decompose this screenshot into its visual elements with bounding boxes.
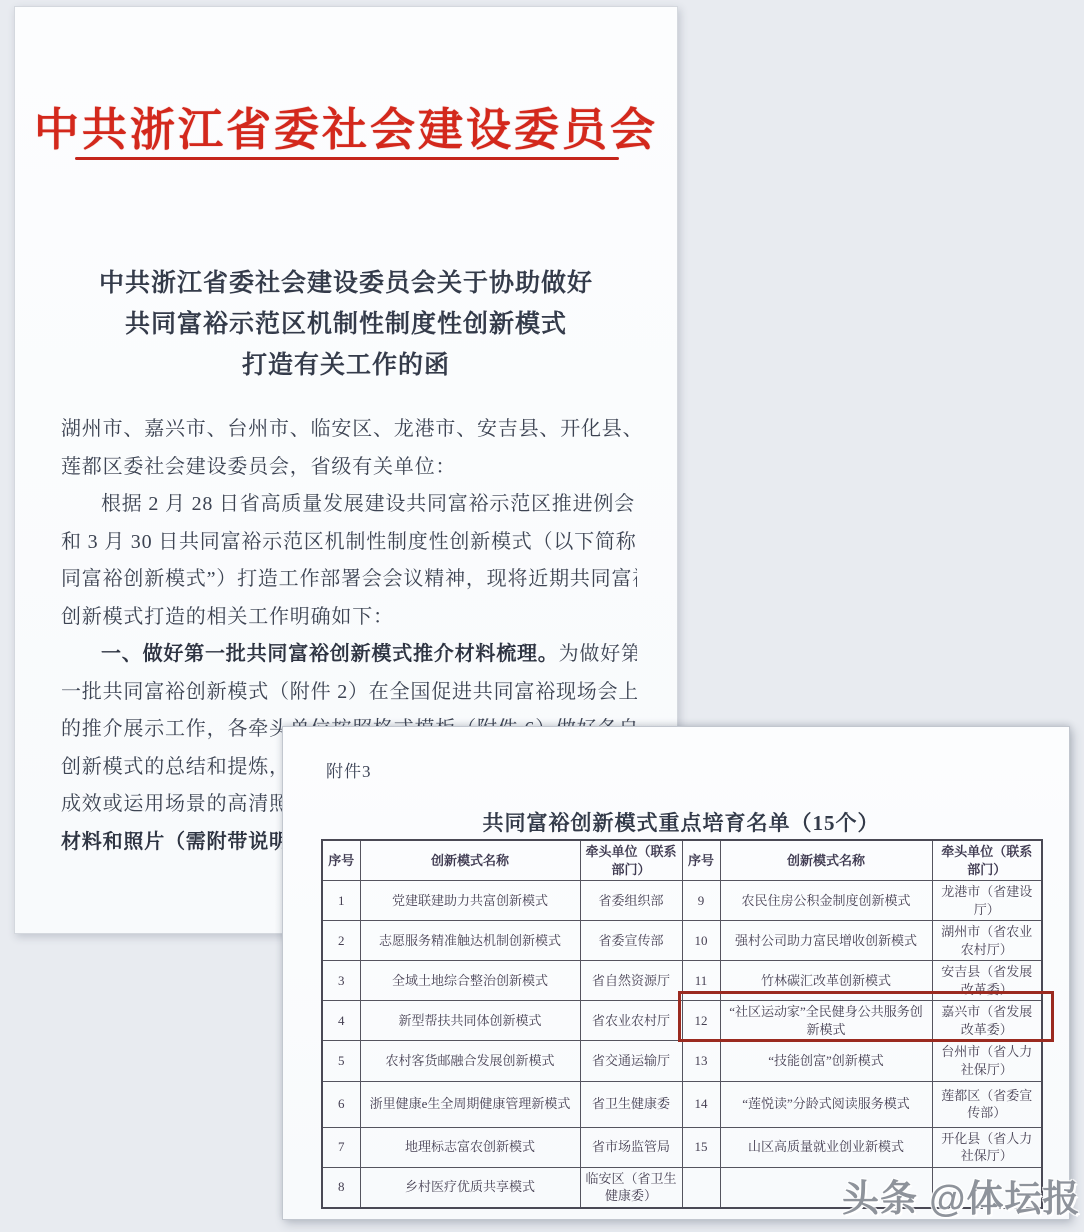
cultivation-roster-table: 序号创新模式名称牵头单位（联系部门）序号创新模式名称牵头单位（联系部门） 1党建… (321, 839, 1043, 1209)
model-name-right: 农民住房公积金制度创新模式 (720, 881, 932, 921)
row-number-right: 15 (682, 1127, 720, 1167)
row-number-right (682, 1167, 720, 1208)
row-number-left: 6 (322, 1081, 360, 1127)
lead-unit-left: 省自然资源厅 (580, 961, 682, 1001)
model-name-right: 竹林碳汇改革创新模式 (720, 961, 932, 1001)
lead-unit-left: 省市场监管局 (580, 1127, 682, 1167)
model-name-left: 农村客货邮融合发展创新模式 (360, 1041, 580, 1081)
model-name-left: 乡村医疗优质共享模式 (360, 1167, 580, 1208)
model-name-right: “技能创富”创新模式 (720, 1041, 932, 1081)
table-row-2: 2志愿服务精准触达机制创新模式省委宣传部10强村公司助力富民增收创新模式湖州市（… (322, 921, 1042, 961)
model-name-left: 地理标志富农创新模式 (360, 1127, 580, 1167)
body-line-4: 和 3 月 30 日共同富裕示范区机制性制度性创新模式（以下简称“共 (61, 524, 637, 562)
table-title: 共同富裕创新模式重点培育名单（15个） (321, 807, 1041, 837)
letterhead-title: 中共浙江省委社会建设委员会 (15, 93, 677, 158)
body-line-1: 湖州市、嘉兴市、台州市、临安区、龙港市、安吉县、开化县、 (61, 411, 637, 449)
body-line-bold-segment: 一、做好第一批共同富裕创新模式推介材料梳理。 (101, 643, 559, 665)
lead-unit-right: 台州市（省人力社保厅） (932, 1041, 1042, 1081)
document-title: 中共浙江省委社会建设委员会关于协助做好 共同富裕示范区机制性制度性创新模式 打造… (15, 263, 677, 386)
lead-unit-right: 莲都区（省委宣传部） (932, 1081, 1042, 1127)
body-line-2: 莲都区委社会建设委员会，省级有关单位： (61, 449, 637, 487)
watermark: 头条 @体坛报 (842, 1168, 1080, 1222)
table-row-1: 1党建联建助力共富创新模式省委组织部9农民住房公积金制度创新模式龙港市（省建设厅… (322, 881, 1042, 921)
table-row-6: 6浙里健康e生全周期健康管理新模式省卫生健康委14“莲悦读”分龄式阅读服务模式莲… (322, 1081, 1042, 1127)
lead-unit-right: 安吉县（省发展改革委） (932, 961, 1042, 1001)
model-name-left: 党建联建助力共富创新模式 (360, 881, 580, 921)
attachment-label: 附件3 (326, 757, 372, 782)
column-header-6: 牵头单位（联系部门） (932, 840, 1042, 881)
row-number-left: 5 (322, 1041, 360, 1081)
body-line-6: 创新模式打造的相关工作明确如下： (61, 599, 637, 637)
model-name-right: 山区高质量就业创业新模式 (720, 1127, 932, 1167)
letterhead-rule (75, 157, 619, 160)
lead-unit-right: 龙港市（省建设厅） (932, 881, 1042, 921)
lead-unit-right: 嘉兴市（省发展改革委） (932, 1001, 1042, 1041)
model-name-left: 浙里健康e生全周期健康管理新模式 (360, 1081, 580, 1127)
column-header-3: 牵头单位（联系部门） (580, 840, 682, 881)
model-name-right: “社区运动家”全民健身公共服务创新模式 (720, 1001, 932, 1041)
screenshot-root: { "colors": { "header_red": "#d3281c", "… (0, 0, 1084, 1232)
model-name-left: 志愿服务精准触达机制创新模式 (360, 921, 580, 961)
body-line-bold-segment: 材料和照片（需附带说明 (61, 831, 290, 853)
body-line-5: 同富裕创新模式”）打造工作部署会会议精神，现将近期共同富裕 (61, 561, 637, 599)
row-number-left: 2 (322, 921, 360, 961)
row-number-right: 9 (682, 881, 720, 921)
column-header-2: 创新模式名称 (360, 840, 580, 881)
column-header-4: 序号 (682, 840, 720, 881)
lead-unit-left: 省委宣传部 (580, 921, 682, 961)
row-number-left: 7 (322, 1127, 360, 1167)
table-row-7: 7地理标志富农创新模式省市场监管局15山区高质量就业创业新模式开化县（省人力社保… (322, 1127, 1042, 1167)
document-title-line-1: 中共浙江省委社会建设委员会关于协助做好 (15, 263, 677, 304)
lead-unit-left: 省委组织部 (580, 881, 682, 921)
body-line-3: 根据 2 月 28 日省高质量发展建设共同富裕示范区推进例会 (61, 486, 637, 524)
row-number-right: 13 (682, 1041, 720, 1081)
column-header-5: 创新模式名称 (720, 840, 932, 881)
table-header-row: 序号创新模式名称牵头单位（联系部门）序号创新模式名称牵头单位（联系部门） (322, 840, 1042, 881)
body-line-8: 一批共同富裕创新模式（附件 2）在全国促进共同富裕现场会上 (61, 674, 637, 712)
model-name-right: 强村公司助力富民增收创新模式 (720, 921, 932, 961)
table-row-4: 4新型帮扶共同体创新模式省农业农村厅12“社区运动家”全民健身公共服务创新模式嘉… (322, 1001, 1042, 1041)
document-title-line-3: 打造有关工作的函 (15, 345, 677, 386)
row-number-left: 4 (322, 1001, 360, 1041)
document-title-line-2: 共同富裕示范区机制性制度性创新模式 (15, 304, 677, 345)
row-number-right: 11 (682, 961, 720, 1001)
row-number-left: 1 (322, 881, 360, 921)
lead-unit-left: 临安区（省卫生健康委） (580, 1167, 682, 1208)
model-name-left: 全域土地综合整治创新模式 (360, 961, 580, 1001)
row-number-right: 12 (682, 1001, 720, 1041)
row-number-right: 14 (682, 1081, 720, 1127)
model-name-left: 新型帮扶共同体创新模式 (360, 1001, 580, 1041)
lead-unit-left: 省卫生健康委 (580, 1081, 682, 1127)
row-number-right: 10 (682, 921, 720, 961)
document-page-attachment: 附件3 共同富裕创新模式重点培育名单（15个） 序号创新模式名称牵头单位（联系部… (282, 726, 1070, 1220)
table-row-5: 5农村客货邮融合发展创新模式省交通运输厅13“技能创富”创新模式台州市（省人力社… (322, 1041, 1042, 1081)
lead-unit-left: 省交通运输厅 (580, 1041, 682, 1081)
model-name-right: “莲悦读”分龄式阅读服务模式 (720, 1081, 932, 1127)
table-row-3: 3全域土地综合整治创新模式省自然资源厅11竹林碳汇改革创新模式安吉县（省发展改革… (322, 961, 1042, 1001)
row-number-left: 8 (322, 1167, 360, 1208)
row-number-left: 3 (322, 961, 360, 1001)
body-line-7: 一、做好第一批共同富裕创新模式推介材料梳理。为做好第 (61, 636, 637, 674)
lead-unit-right: 开化县（省人力社保厅） (932, 1127, 1042, 1167)
column-header-1: 序号 (322, 840, 360, 881)
lead-unit-left: 省农业农村厅 (580, 1001, 682, 1041)
lead-unit-right: 湖州市（省农业农村厅） (932, 921, 1042, 961)
